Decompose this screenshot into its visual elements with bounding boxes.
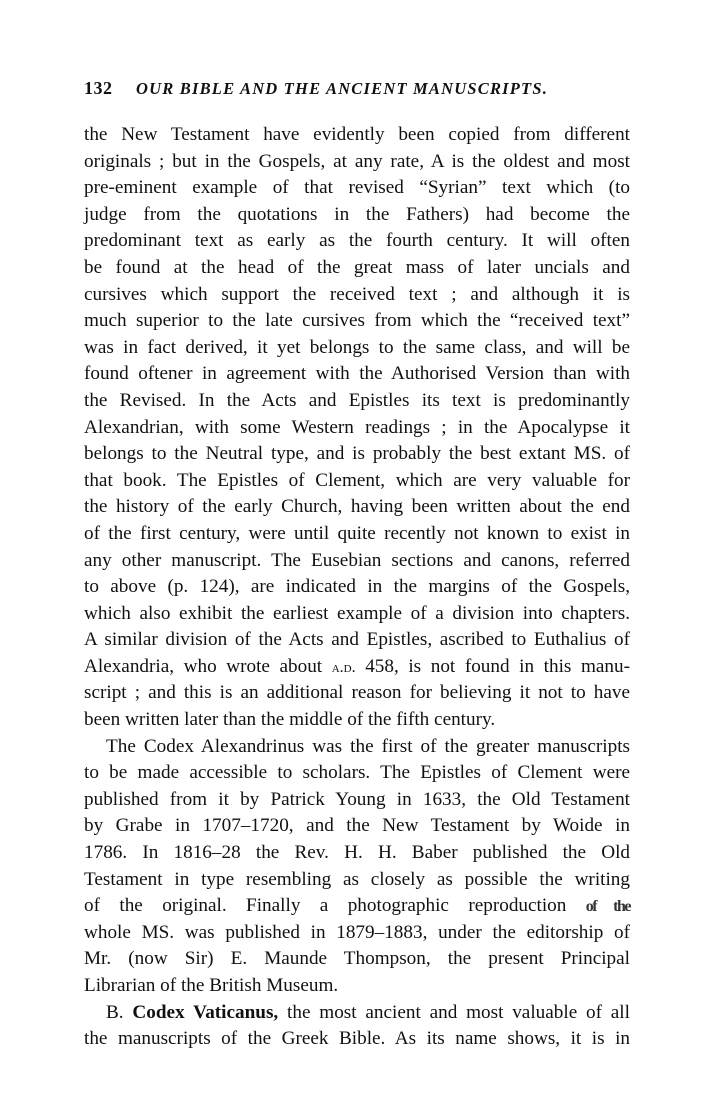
text-line: A similar division of the Acts and Epist… xyxy=(84,627,630,654)
smudged-text: of the xyxy=(586,898,630,915)
running-head: 132 OUR BIBLE AND THE ANCIENT MANUSCRIPT… xyxy=(84,74,630,102)
text-line: been written later than the middle of th… xyxy=(84,707,630,734)
text-line: predominant text as early as the fourth … xyxy=(84,228,630,255)
text-line: pre-eminent example of that revised “Syr… xyxy=(84,175,630,202)
text-line: judge from the quotations in the Fathers… xyxy=(84,202,630,229)
text-line: the manuscripts of the Greek Bible. As i… xyxy=(84,1026,630,1053)
text-line: Mr. (now Sir) E. Maunde Thompson, the pr… xyxy=(84,946,630,973)
text-line: of the original. Finally a photographic … xyxy=(84,893,630,920)
text-line: 1786. In 1816–28 the Rev. H. H. Baber pu… xyxy=(84,840,630,867)
text-segment: Alexandria, who wrote about xyxy=(84,656,332,677)
text-line: the New Testament have evidently been co… xyxy=(84,122,630,149)
text-line: be found at the head of the great mass o… xyxy=(84,255,630,282)
body-text: the New Testament have evidently been co… xyxy=(84,122,630,1053)
text-line: Testament in type resembling as closely … xyxy=(84,867,630,894)
text-line: cursives which support the received text… xyxy=(84,282,630,309)
text-line: of the first century, were until quite r… xyxy=(84,521,630,548)
text-line: whole MS. was published in 1879–1883, un… xyxy=(84,920,630,947)
text-line: any other manuscript. The Eusebian secti… xyxy=(84,548,630,575)
era-abbreviation: a.d. xyxy=(332,659,356,676)
text-line: to be made accessible to scholars. The E… xyxy=(84,760,630,787)
text-line: The Codex Alexandrinus was the first of … xyxy=(84,734,630,761)
text-line: was in fact derived, it yet belongs to t… xyxy=(84,335,630,362)
text-line: the history of the early Church, having … xyxy=(84,494,630,521)
manuscript-name: Codex Vaticanus, xyxy=(132,1002,278,1023)
text-segment: of the original. Finally a photographic … xyxy=(84,895,586,916)
page-number: 132 xyxy=(84,74,136,102)
text-line: by Grabe in 1707–1720, and the New Testa… xyxy=(84,813,630,840)
text-line: published from it by Patrick Young in 16… xyxy=(84,787,630,814)
text-line: much superior to the late cursives from … xyxy=(84,308,630,335)
running-title: OUR BIBLE AND THE ANCIENT MANUSCRIPTS. xyxy=(136,75,548,103)
text-segment: B. xyxy=(106,1002,132,1023)
text-line: Librarian of the British Museum. xyxy=(84,973,630,1000)
text-line: originals ; but in the Gospels, at any r… xyxy=(84,149,630,176)
text-segment: the most ancient and most valuable of al… xyxy=(278,1002,630,1023)
text-line: the Revised. In the Acts and Epistles it… xyxy=(84,388,630,415)
text-line: Alexandrian, with some Western readings … xyxy=(84,415,630,442)
text-line: to above (p. 124), are indicated in the … xyxy=(84,574,630,601)
text-line: Alexandria, who wrote about a.d. 458, is… xyxy=(84,654,630,681)
text-line: belongs to the Neutral type, and is prob… xyxy=(84,441,630,468)
text-line: found oftener in agreement with the Auth… xyxy=(84,361,630,388)
book-page: 132 OUR BIBLE AND THE ANCIENT MANUSCRIPT… xyxy=(84,74,630,1053)
text-line: which also exhibit the earliest example … xyxy=(84,601,630,628)
text-line: script ; and this is an additional reaso… xyxy=(84,680,630,707)
text-line: that book. The Epistles of Clement, whic… xyxy=(84,468,630,495)
text-line: B. Codex Vaticanus, the most ancient and… xyxy=(84,1000,630,1027)
text-segment: 458, is not found in this manu- xyxy=(356,656,630,677)
